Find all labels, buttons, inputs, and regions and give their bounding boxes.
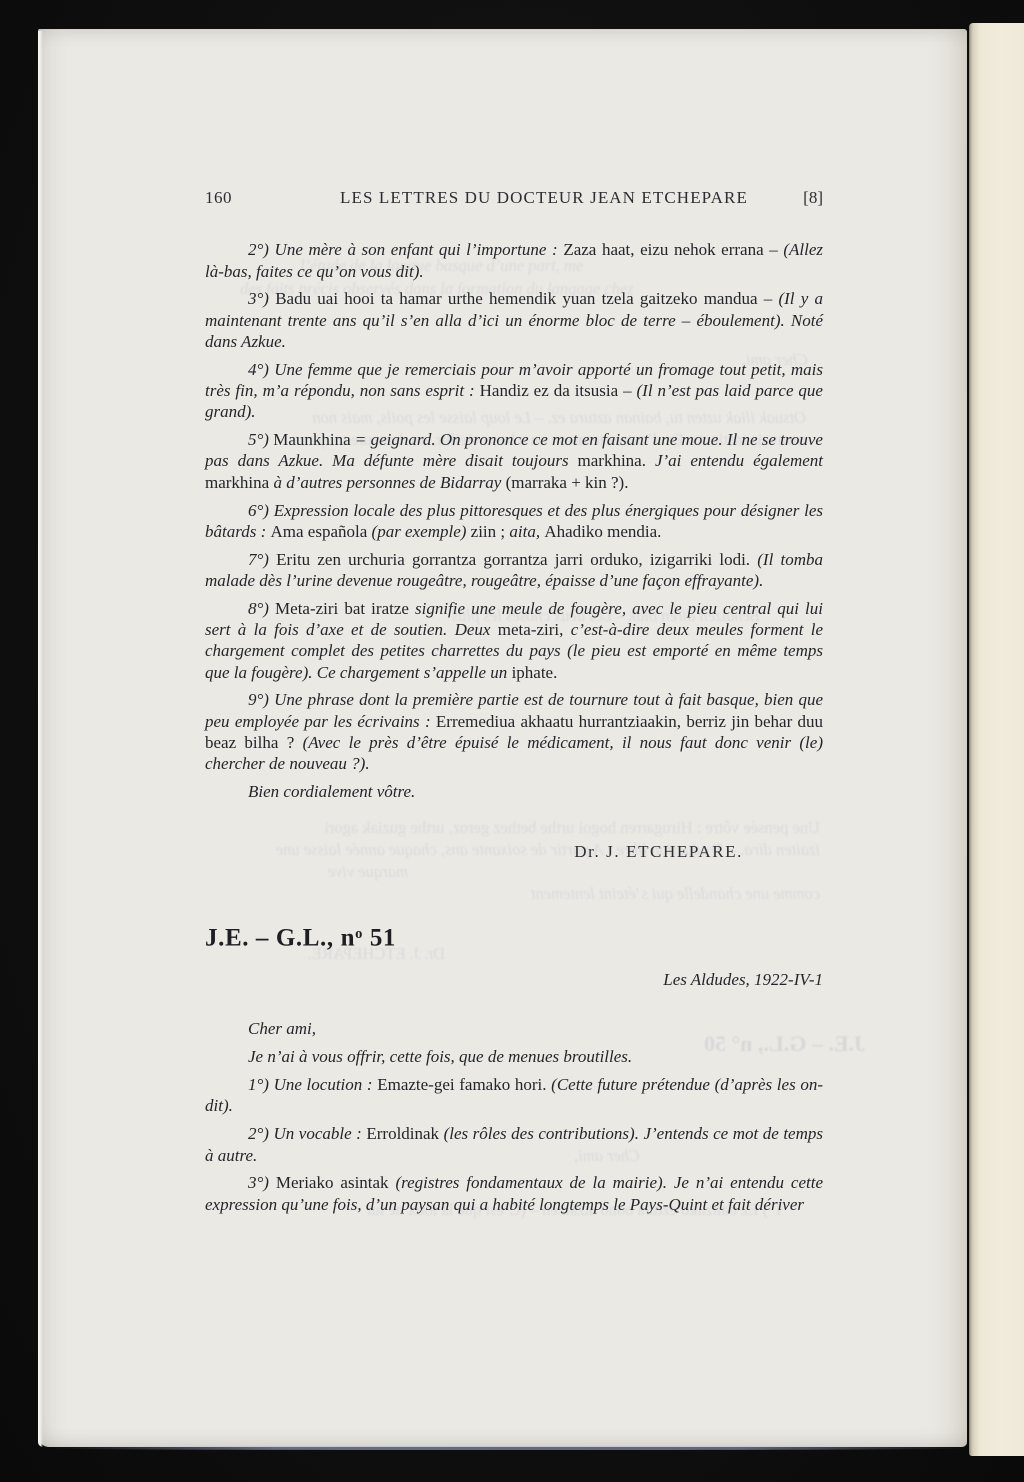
paragraph: 2°) Une mère à son enfant qui l’importun… [205,239,823,282]
dateline: Les Aldudes, 1922-IV-1 [205,969,823,990]
text-segment: 3°) [248,289,275,308]
paragraph: 7°) Eritu zen urchuria gorrantza gorrant… [205,549,823,592]
text-segment: Meriako asintak [276,1173,396,1192]
paragraph: Bien cordialement vôtre. [205,781,823,802]
text-segment: meta-ziri, [498,620,571,639]
text-segment: 2°) Un vocable : [248,1124,366,1143]
text-segment: ziin ; [471,522,510,541]
text-segment: 7°) [248,550,276,569]
paragraph: 1°) Une locution : Emazte-gei famako hor… [205,1074,823,1117]
text-segment: 1°) Une locution : [248,1075,377,1094]
page-content: 160 LES LETTRES DU DOCTEUR JEAN ETCHEPAR… [205,187,823,1221]
issue-ref: [8] [763,187,823,208]
salutation: Cher ami, [205,1018,823,1039]
running-title: LES LETTRES DU DOCTEUR JEAN ETCHEPARE [325,187,763,208]
text-segment: Erroldinak [366,1124,443,1143]
text-segment: Emazte-gei famako hori. [377,1075,551,1094]
adjacent-page-edge [969,23,1024,1456]
paragraph: 9°) Une phrase dont la première partie e… [205,689,823,774]
paragraph: 3°) Badu uai hooi ta hamar urthe hemendi… [205,288,823,352]
text-segment: Bien cordialement vôtre. [248,782,415,801]
text-segment: (par exemple) [372,522,471,541]
paragraph: 5°) Maunkhina = geignard. On prononce ce… [205,429,823,493]
text-segment: Eritu zen urchuria gorrantza gorrantza j… [276,550,757,569]
text-segment: à d’autres personnes de Bidarray [273,473,505,492]
text-segment: 2°) Une mère à son enfant qui l’importun… [248,240,563,259]
running-header: 160 LES LETTRES DU DOCTEUR JEAN ETCHEPAR… [205,187,823,208]
text-segment: markhina. [578,451,655,470]
scanned-book-photo: 160 LES LETTRES DU DOCTEUR JEAN ETCHEPAR… [0,0,1024,1482]
letter-intro: Je n’ai à vous offrir, cette fois, que d… [205,1046,823,1067]
text-segment: J’ai entendu également [655,451,823,470]
text-segment: markhina [205,473,273,492]
paragraph: 4°) Une femme que je remerciais pour m’a… [205,359,823,423]
text-segment: aita, [509,522,544,541]
text-segment: Badu uai hooi ta hamar urthe hemendik yu… [275,289,778,308]
heading-superscript: o [355,926,363,942]
text-segment: 3°) [248,1173,276,1192]
text-segment: 5°) [248,430,273,449]
text-segment: iphate. [512,663,558,682]
paragraph: 2°) Un vocable : Erroldinak (les rôles d… [205,1123,823,1166]
paragraph: 8°) Meta-ziri bat iratze signifie une me… [205,598,823,683]
text-segment: (marraka + kin ?). [506,473,629,492]
signature: Dr. J. ETCHEPARE. [205,841,823,862]
book-page: 160 LES LETTRES DU DOCTEUR JEAN ETCHEPAR… [38,29,967,1447]
paragraph: 6°) Expression locale des plus pittoresq… [205,500,823,543]
text-segment: Ama española [271,522,372,541]
text-segment: Zaza haat, eizu nehok errana [563,240,769,259]
letter-51-body: 1°) Une locution : Emazte-gei famako hor… [205,1074,823,1215]
letter-50-body: 2°) Une mère à son enfant qui l’importun… [205,239,823,802]
text-segment: Meta-ziri bat iratze [275,599,415,618]
text-segment: Ahadiko mendia. [544,522,661,541]
text-segment: Handiz ez da itsusia – [480,381,637,400]
paragraph: 3°) Meriako asintak (registres fondament… [205,1172,823,1215]
section-heading: J.E. – G.L., no 51 [205,924,823,949]
text-segment: Maunkhina [273,430,355,449]
heading-post: 51 [363,924,396,951]
text-segment: 8°) [248,599,275,618]
page-number: 160 [205,187,325,208]
heading-pre: J.E. – G.L., n [205,924,355,951]
